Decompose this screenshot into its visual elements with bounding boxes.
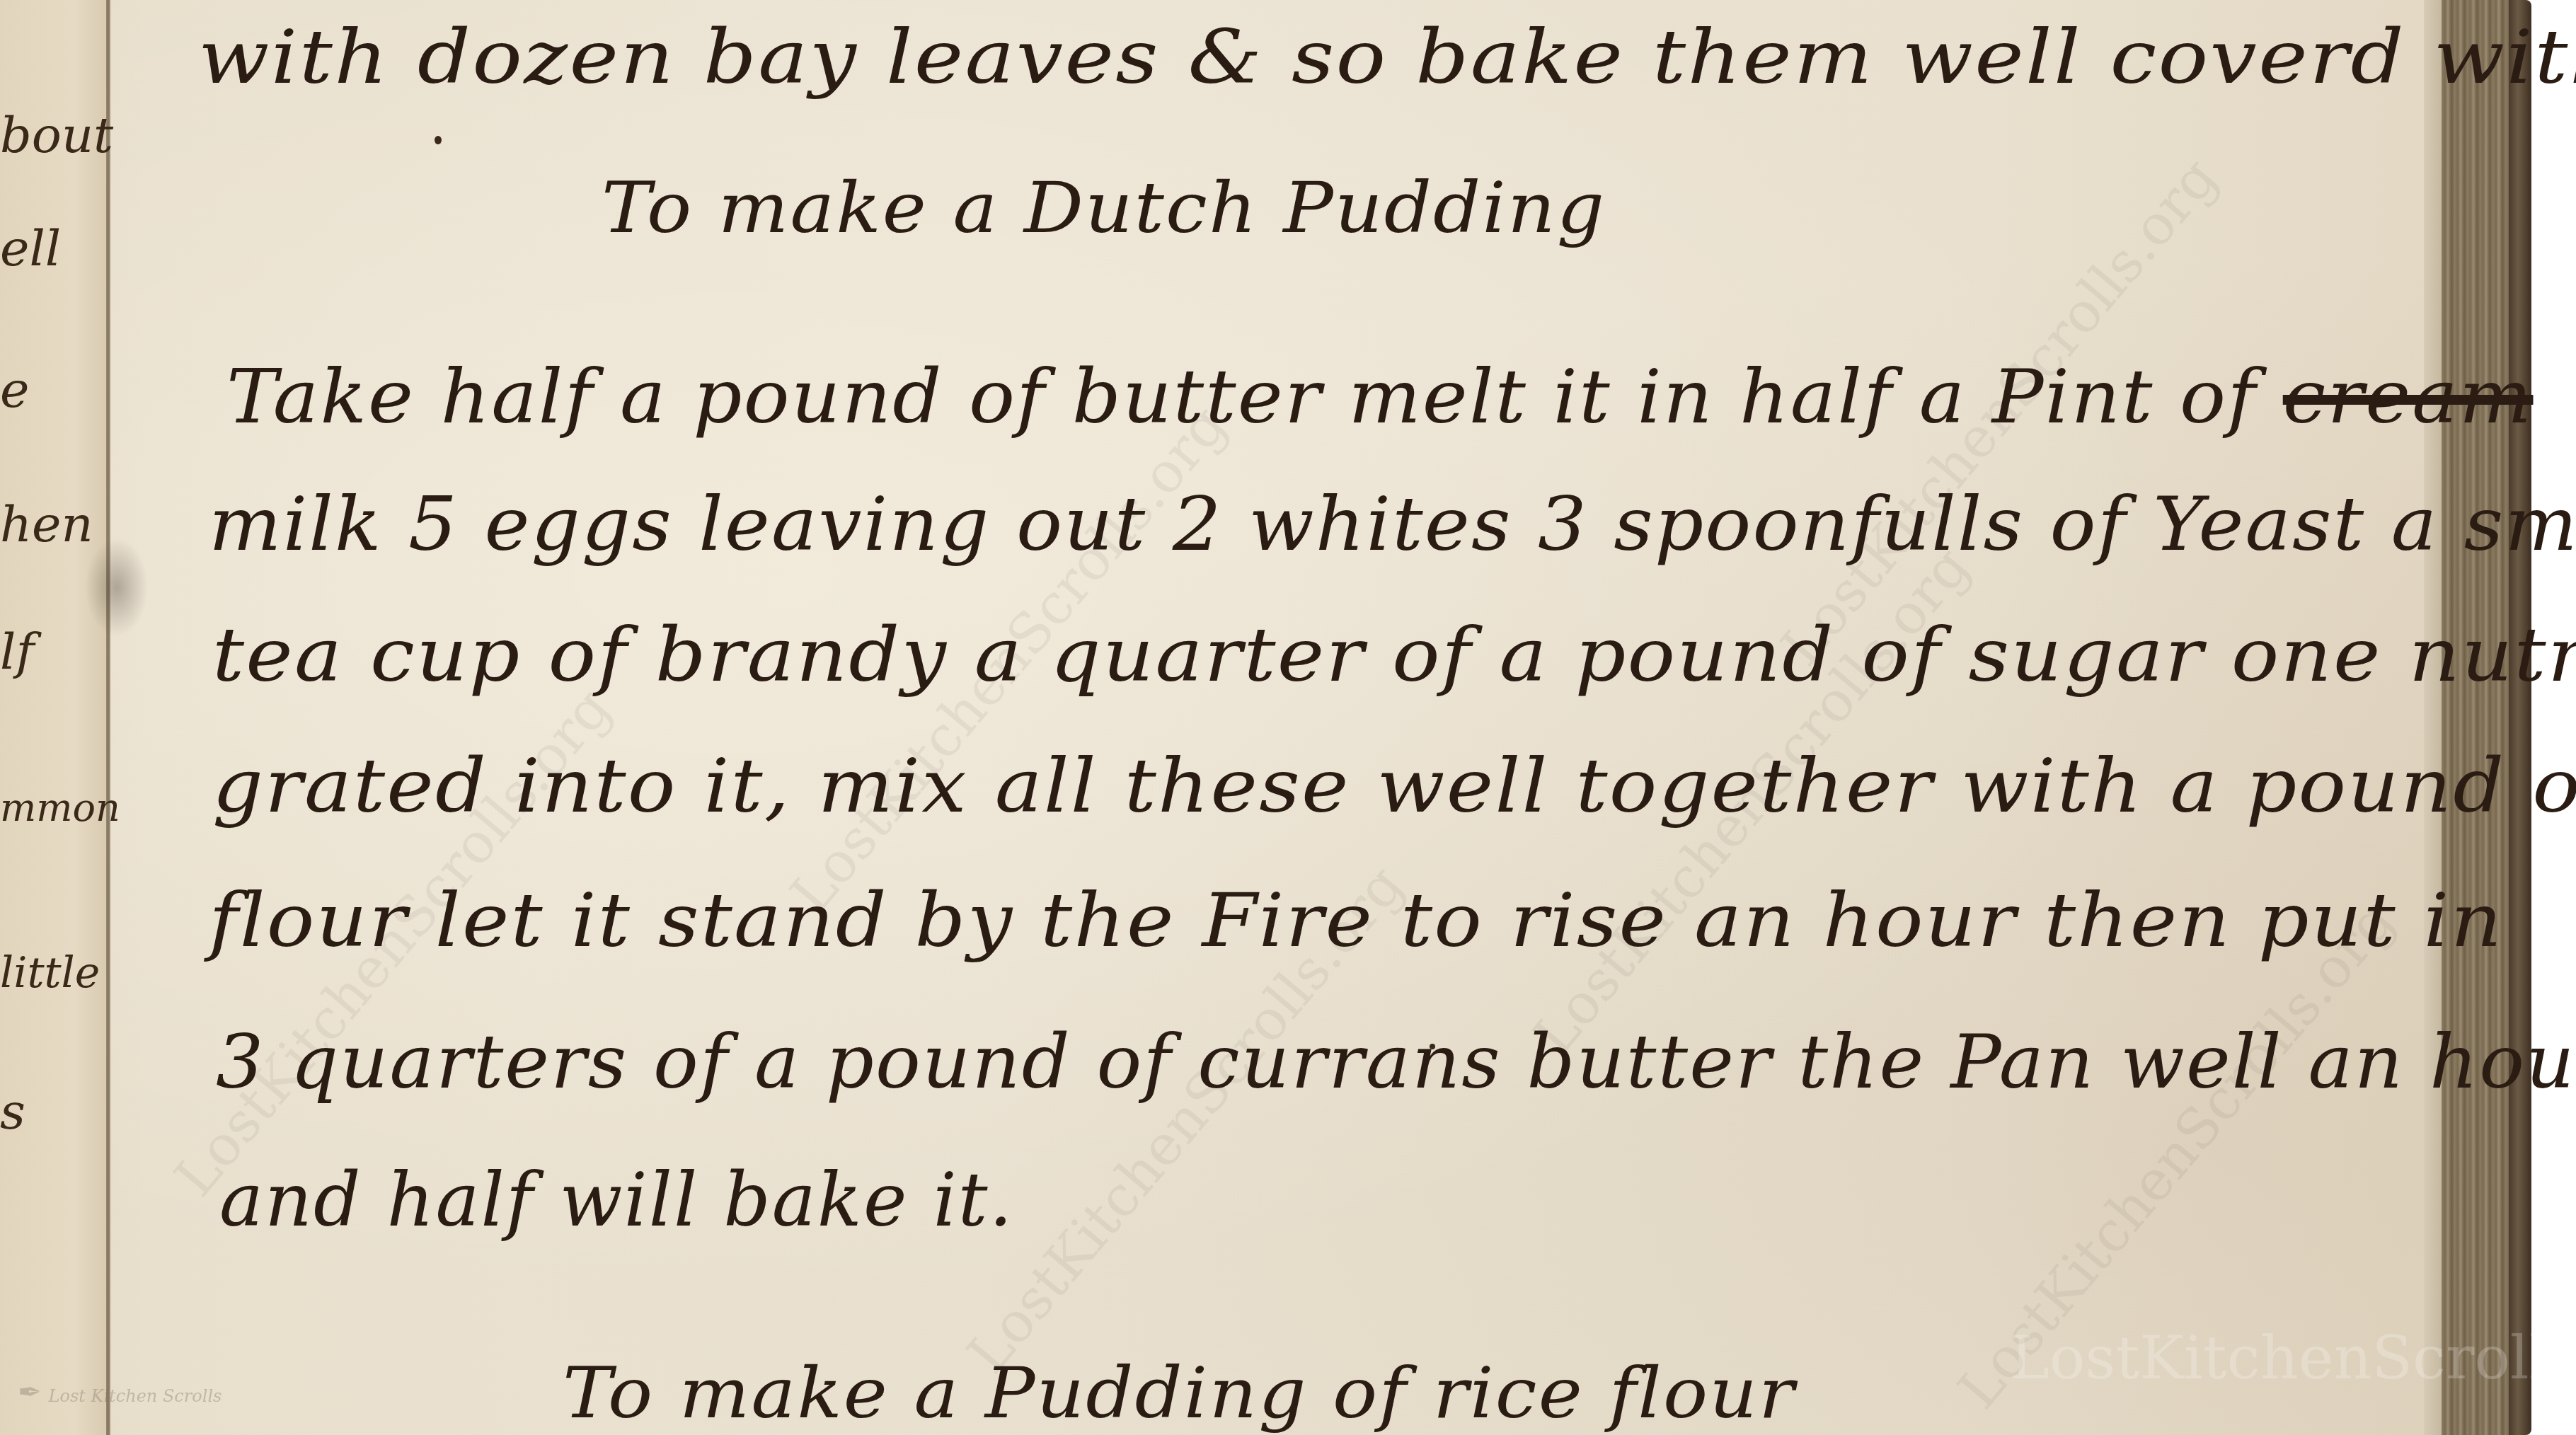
watermark-logo: ✒Lost Kitchen Scrolls (18, 1376, 222, 1409)
ink-spot (435, 136, 442, 144)
watermark-corner-text: LostKitchenScrolls.org (2010, 1323, 2576, 1393)
watermark-logo-text: Lost Kitchen Scrolls (49, 1386, 222, 1406)
margin-fragment: s (0, 1083, 25, 1141)
margin-fragment: bout (0, 106, 113, 164)
page-gutter (106, 0, 110, 1435)
page-edge-light (2424, 0, 2444, 1435)
book-page-edges (2442, 0, 2519, 1435)
facing-page-edge (0, 0, 106, 1435)
manuscript-line: 3 quarters of a pound of currans butter … (216, 1019, 2576, 1105)
margin-fragment: lf (0, 623, 34, 681)
manuscript-line: with dozen bay leaves & so bake them wel… (198, 14, 2576, 100)
struck-word: cream (2283, 354, 2534, 440)
manuscript-line: flour let it stand by the Fire to rise a… (209, 877, 2503, 964)
manuscript-line: milk 5 eggs leaving out 2 whites 3 spoon… (209, 481, 2576, 567)
book-cover-edge (2509, 0, 2531, 1435)
manuscript-line: tea cup of brandy a quarter of a pound o… (212, 612, 2576, 698)
manuscript-line: grated into it, mix all these well toget… (212, 743, 2576, 829)
manuscript-line-text: Take half a pound of butter melt it in h… (226, 354, 2257, 440)
margin-fragment: hen (0, 495, 93, 553)
ink-spot (1430, 1044, 1435, 1049)
manuscript-line: and half will bake it. (219, 1157, 1014, 1243)
quill-icon: ✒ (18, 1376, 42, 1409)
margin-fragment: little (0, 948, 100, 998)
recipe-heading: To make a Dutch Pudding (602, 166, 1606, 249)
recipe-heading: To make a Pudding of rice flour (563, 1352, 1795, 1434)
margin-fragment: ell (0, 219, 61, 277)
gutter-smudge (85, 538, 149, 637)
manuscript-line: Take half a pound of butter melt it in h… (226, 354, 2533, 440)
margin-fragment: mmon (0, 785, 120, 830)
margin-fragment: e (0, 361, 29, 419)
